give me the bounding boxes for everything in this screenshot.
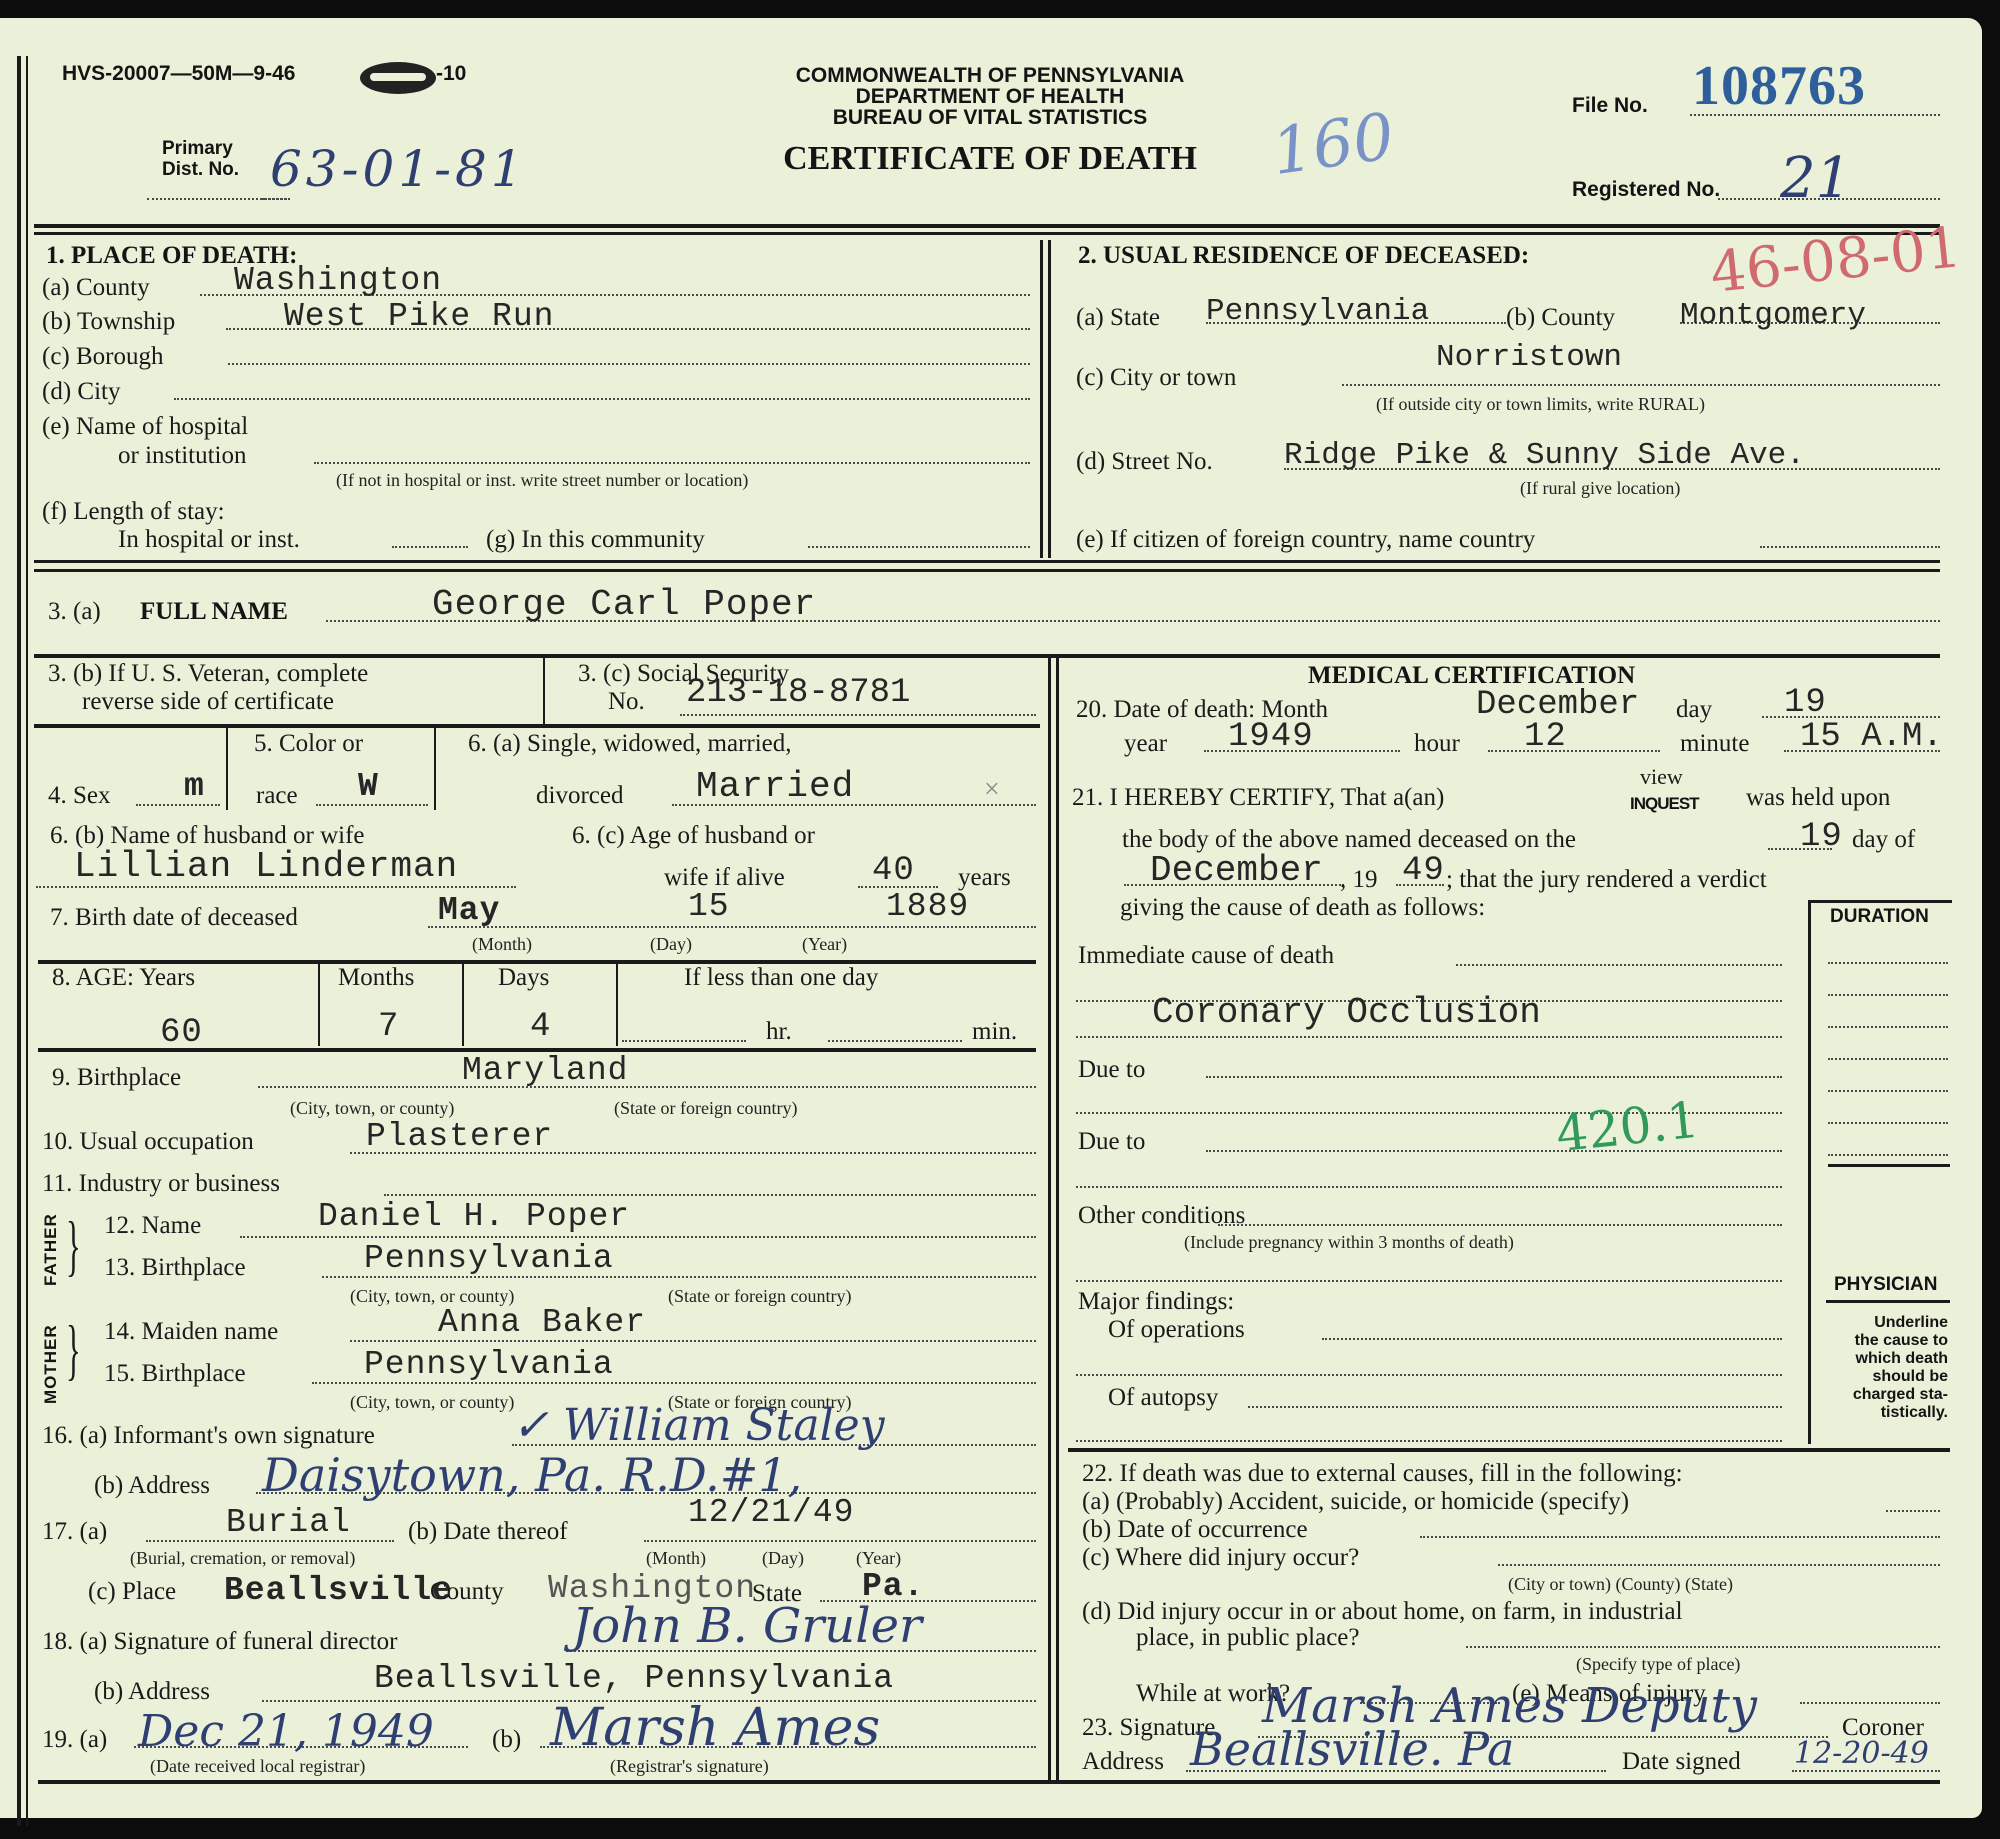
registered-no-label: Registered No. bbox=[1572, 178, 1720, 202]
borough-label: (c) Borough bbox=[42, 343, 164, 371]
hospital-note: (If not in hospital or inst. write stree… bbox=[336, 470, 748, 491]
burial-place-label: (c) Place bbox=[88, 1578, 176, 1606]
operations-label: Of operations bbox=[1108, 1316, 1245, 1344]
death-certificate: HVS-20007—50M—9-46 -10 COMMONWEALTH OF P… bbox=[0, 18, 1982, 1818]
primary-dist-label-1: Primary bbox=[162, 138, 233, 160]
spouse-age-label: 6. (c) Age of husband or bbox=[572, 822, 815, 850]
header-divider bbox=[34, 224, 1940, 228]
certify-text-5: , 19 bbox=[1340, 866, 1378, 894]
age-months-value: 7 bbox=[378, 1008, 399, 1046]
informant-address-label: (b) Address bbox=[94, 1472, 210, 1500]
residence-heading: 2. USUAL RESIDENCE OF DECEASED: bbox=[1078, 242, 1529, 270]
duration-line bbox=[1828, 994, 1948, 996]
duration-line bbox=[1828, 1090, 1948, 1092]
hr-label: hr. bbox=[766, 1018, 792, 1046]
age-years-label: 8. AGE: Years bbox=[52, 964, 195, 992]
marital-label: 6. (a) Single, widowed, married, bbox=[468, 730, 792, 758]
date-signed-value: 12-20-49 bbox=[1794, 1736, 1929, 1771]
burial-date-value: 12/21/49 bbox=[688, 1494, 854, 1531]
external-c-caption: (City or town) (County) (State) bbox=[1508, 1574, 1733, 1595]
race-value: W bbox=[358, 768, 379, 805]
birth-day-caption: (Day) bbox=[650, 934, 692, 955]
duration-line bbox=[1828, 962, 1948, 964]
duration-line bbox=[1828, 1026, 1948, 1028]
physician-note: Underline the cause to which death shoul… bbox=[1836, 1314, 1948, 1422]
immediate-cause-value: Coronary Occlusion bbox=[1152, 992, 1541, 1033]
birthplace-city-caption: (City, town, or county) bbox=[290, 1098, 454, 1119]
race-label: race bbox=[256, 782, 298, 810]
father-side-label: FATHER bbox=[41, 1213, 61, 1286]
major-findings-label: Major findings: bbox=[1078, 1288, 1234, 1316]
funeral-director-signature: John B. Gruler bbox=[572, 1598, 922, 1654]
residence-state-label: (a) State bbox=[1076, 304, 1160, 332]
death-township-value: West Pike Run bbox=[284, 298, 554, 335]
father-birthplace-value: Pennsylvania bbox=[364, 1240, 614, 1277]
certify-view: view bbox=[1640, 764, 1683, 790]
director-address-value: Beallsville, Pennsylvania bbox=[374, 1660, 894, 1697]
external-causes-intro: 22. If death was due to external causes,… bbox=[1082, 1460, 1683, 1488]
burial-county-label: County bbox=[430, 1578, 504, 1606]
file-no-value: 108763 bbox=[1692, 54, 1866, 118]
autopsy-label: Of autopsy bbox=[1108, 1384, 1218, 1412]
spouse-name-value: Lillian Linderman bbox=[74, 846, 458, 887]
registrar-date-caption: (Date received local registrar) bbox=[150, 1756, 365, 1777]
external-d-label-2: place, in public place? bbox=[1136, 1624, 1360, 1652]
hospital-label: (e) Name of hospital bbox=[42, 413, 248, 441]
birth-day-value: 15 bbox=[688, 888, 730, 925]
funeral-director-label: 18. (a) Signature of funeral director bbox=[42, 1628, 397, 1656]
death-hour-label: hour bbox=[1414, 730, 1460, 758]
birth-month-caption: (Month) bbox=[472, 934, 532, 955]
certify-text-7: giving the cause of death as follows: bbox=[1120, 894, 1485, 922]
primary-dist-value: 63-01-81 bbox=[270, 140, 527, 198]
registrar-signature-label: (b) bbox=[492, 1726, 521, 1754]
disposition-caption: (Burial, cremation, or removal) bbox=[130, 1548, 355, 1569]
death-county-value: Washington bbox=[234, 262, 442, 299]
burial-day-caption: (Day) bbox=[762, 1548, 804, 1569]
father-brace-icon: } bbox=[66, 1206, 81, 1285]
other-conditions-note: (Include pregnancy within 3 months of de… bbox=[1184, 1232, 1514, 1253]
age-days-value: 4 bbox=[530, 1008, 551, 1046]
informant-signature-value: ✓ William Staley bbox=[512, 1400, 885, 1451]
father-state-caption: (State or foreign country) bbox=[668, 1286, 851, 1307]
occupation-label: 10. Usual occupation bbox=[42, 1128, 254, 1156]
external-d-label: (d) Did injury occur in or about home, o… bbox=[1082, 1598, 1683, 1626]
registrar-date-value: Dec 21, 1949 bbox=[138, 1706, 434, 1757]
death-day-label: day bbox=[1676, 696, 1712, 724]
residence-street-label: (d) Street No. bbox=[1076, 448, 1213, 476]
registrar-signature-value: Marsh Ames bbox=[550, 1698, 880, 1758]
file-no-label: File No. bbox=[1572, 94, 1648, 118]
registrar-date-label: 19. (a) bbox=[42, 1726, 107, 1754]
burial-year-caption: (Year) bbox=[856, 1548, 901, 1569]
left-border-inner bbox=[26, 56, 28, 1826]
residence-county-label: (b) County bbox=[1506, 304, 1615, 332]
director-address-label: (b) Address bbox=[94, 1678, 210, 1706]
death-day-value: 19 bbox=[1784, 684, 1827, 722]
marital-value: Married bbox=[696, 766, 854, 807]
city-label: (d) City bbox=[42, 378, 120, 406]
death-minute-label: minute bbox=[1680, 730, 1749, 758]
certify-text-6: ; that the jury rendered a verdict bbox=[1446, 866, 1767, 894]
red-code: 46-08-01 bbox=[1707, 215, 1964, 306]
due-to-label-2: Due to bbox=[1078, 1128, 1145, 1156]
certify-text: 21. I HEREBY CERTIFY, That a(an) bbox=[1072, 784, 1444, 812]
burial-date-label: (b) Date thereof bbox=[408, 1518, 568, 1546]
bureau-label: BUREAU OF VITAL STATISTICS bbox=[760, 106, 1220, 130]
external-a-label: (a) (Probably) Accident, suicide, or hom… bbox=[1082, 1488, 1629, 1516]
veteran-label: 3. (b) If U. S. Veteran, complete bbox=[48, 660, 368, 688]
coroner-address-label: Address bbox=[1082, 1748, 1164, 1776]
informant-signature-label: 16. (a) Informant's own signature bbox=[42, 1422, 375, 1450]
external-b-label: (b) Date of occurrence bbox=[1082, 1516, 1308, 1544]
institution-label: or institution bbox=[118, 442, 246, 470]
coroner-address-value: Beallsville. Pa bbox=[1190, 1722, 1514, 1776]
length-of-stay-label: (f) Length of stay: bbox=[42, 498, 225, 526]
duration-heading: DURATION bbox=[1830, 906, 1929, 928]
union-seal-icon bbox=[360, 62, 436, 94]
age-days-label: Days bbox=[498, 964, 549, 992]
residence-city-label: (c) City or town bbox=[1076, 364, 1236, 392]
color-label: 5. Color or bbox=[254, 730, 363, 758]
mother-maiden-value: Anna Baker bbox=[438, 1304, 646, 1341]
mother-maiden-label: 14. Maiden name bbox=[104, 1318, 278, 1346]
residence-state-value: Pennsylvania bbox=[1206, 294, 1429, 329]
disposition-value: Burial bbox=[226, 1504, 351, 1541]
marital-check-mark: × bbox=[984, 774, 1000, 806]
due-to-label-1: Due to bbox=[1078, 1056, 1145, 1084]
mother-side-label: MOTHER bbox=[41, 1324, 61, 1404]
divorced-label: divorced bbox=[536, 782, 623, 810]
sex-value: m bbox=[184, 768, 205, 805]
county-label: (a) County bbox=[42, 274, 150, 302]
ssn-value: 213-18-8781 bbox=[686, 674, 910, 712]
form-code-suffix: -10 bbox=[436, 62, 466, 86]
death-hour-value: 12 bbox=[1524, 718, 1567, 756]
disposition-label: 17. (a) bbox=[42, 1518, 107, 1546]
full-name-number: 3. (a) bbox=[48, 598, 101, 626]
certify-day-value: 19 bbox=[1800, 818, 1843, 856]
stay-community-label: (g) In this community bbox=[486, 526, 705, 554]
certificate-title: CERTIFICATE OF DEATH bbox=[745, 140, 1235, 178]
external-c-label: (c) Where did injury occur? bbox=[1082, 1544, 1359, 1572]
birthplace-label: 9. Birthplace bbox=[52, 1064, 181, 1092]
occupation-value: Plasterer bbox=[366, 1118, 553, 1155]
mother-brace-icon: } bbox=[66, 1310, 81, 1389]
residence-city-value: Norristown bbox=[1436, 340, 1622, 375]
city-note: (If outside city or town limits, write R… bbox=[1376, 394, 1705, 415]
left-border-outer bbox=[17, 56, 21, 1826]
duration-line bbox=[1828, 1154, 1948, 1156]
full-name-value: George Carl Poper bbox=[432, 584, 816, 625]
birth-month-value: May bbox=[438, 892, 500, 929]
father-birthplace-label: 13. Birthplace bbox=[104, 1254, 246, 1282]
margin-note: 160 bbox=[1267, 100, 1398, 190]
certify-text-4: day of bbox=[1852, 826, 1915, 854]
external-d-caption: (Specify type of place) bbox=[1576, 1654, 1740, 1675]
mother-city-caption: (City, town, or county) bbox=[350, 1392, 514, 1413]
certify-text-2: was held upon bbox=[1746, 784, 1890, 812]
township-label: (b) Township bbox=[42, 308, 175, 336]
mother-birthplace-label: 15. Birthplace bbox=[104, 1360, 246, 1388]
sex-label: 4. Sex bbox=[48, 782, 111, 810]
death-minute-value: 15 A.M. bbox=[1800, 718, 1943, 756]
birthplace-value: Maryland bbox=[462, 1052, 628, 1089]
father-name-label: 12. Name bbox=[104, 1212, 201, 1240]
veteran-label-2: reverse side of certificate bbox=[82, 688, 334, 716]
duration-line bbox=[1828, 1058, 1948, 1060]
birth-year-caption: (Year) bbox=[802, 934, 847, 955]
certify-month-value: December bbox=[1150, 850, 1323, 891]
residence-county-value: Montgomery bbox=[1680, 298, 1866, 333]
registrar-signature-caption: (Registrar's signature) bbox=[610, 1756, 769, 1777]
death-year-value: 1949 bbox=[1228, 718, 1314, 756]
date-signed-label: Date signed bbox=[1622, 1748, 1741, 1776]
ssn-no-label: No. bbox=[608, 688, 645, 716]
less-than-day-label: If less than one day bbox=[684, 964, 878, 992]
mother-birthplace-value: Pennsylvania bbox=[364, 1346, 614, 1383]
foreign-country-label: (e) If citizen of foreign country, name … bbox=[1076, 526, 1535, 554]
death-year-label: year bbox=[1124, 730, 1167, 758]
certify-year-value: 49 bbox=[1402, 852, 1445, 890]
birthplace-state-caption: (State or foreign country) bbox=[614, 1098, 797, 1119]
age-months-label: Months bbox=[338, 964, 414, 992]
primary-dist-label-2: Dist. No. bbox=[162, 159, 239, 181]
father-name-value: Daniel H. Poper bbox=[318, 1198, 630, 1235]
burial-month-caption: (Month) bbox=[646, 1548, 706, 1569]
stay-hospital-label: In hospital or inst. bbox=[118, 526, 300, 554]
min-label: min. bbox=[972, 1018, 1017, 1046]
spouse-age-value: 40 bbox=[872, 852, 915, 890]
age-years-value: 60 bbox=[160, 1014, 203, 1052]
form-code: HVS-20007—50M—9-46 bbox=[62, 62, 295, 86]
burial-place-value: Beallsville bbox=[224, 1572, 453, 1609]
full-name-label: FULL NAME bbox=[140, 598, 288, 626]
physician-heading: PHYSICIAN bbox=[1834, 1274, 1937, 1296]
immediate-cause-label: Immediate cause of death bbox=[1078, 942, 1334, 970]
industry-label: 11. Industry or business bbox=[42, 1170, 280, 1198]
certify-inquest-struck: inquest bbox=[1630, 794, 1699, 814]
street-note: (If rural give location) bbox=[1520, 478, 1680, 499]
duration-line bbox=[1828, 1122, 1948, 1124]
birth-date-label: 7. Birth date of deceased bbox=[50, 904, 298, 932]
birth-year-value: 1889 bbox=[886, 888, 969, 925]
icd-code: 420.1 bbox=[1553, 1091, 1701, 1164]
registered-no-value: 21 bbox=[1780, 146, 1851, 211]
residence-street-value: Ridge Pike & Sunny Side Ave. bbox=[1284, 438, 1805, 473]
